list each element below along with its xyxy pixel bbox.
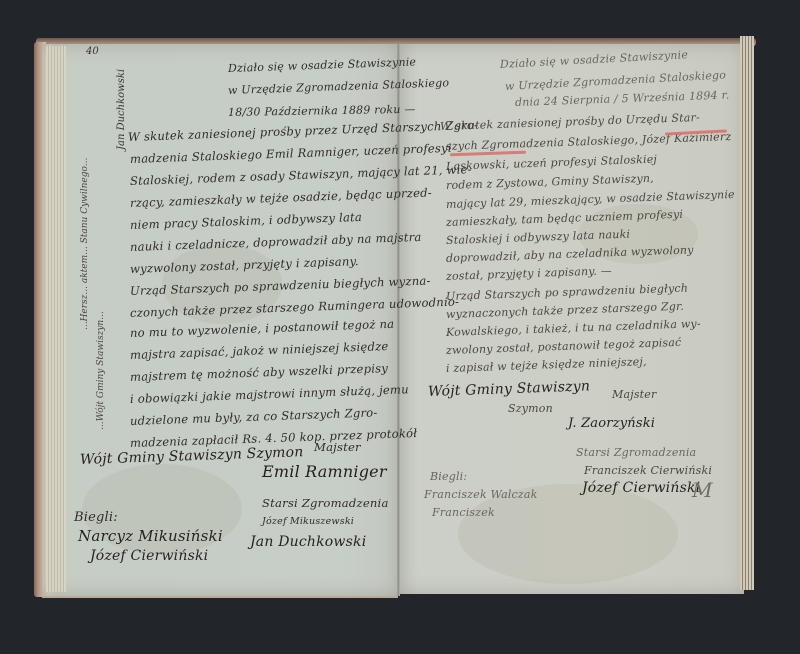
signature: Józef Cierwiński (582, 480, 700, 496)
signature-title: Starsi Zgromadzenia (262, 496, 389, 510)
margin-mark: M (692, 478, 722, 504)
signature: Narcyz Mikusiński (78, 527, 223, 545)
page-number: 40 (86, 46, 99, 57)
signature: Emil Ramniger (262, 462, 387, 481)
signature: Szymon (508, 402, 553, 415)
signature-title: Majster (314, 440, 361, 454)
signature: Franciszek Walczak (424, 488, 538, 501)
margin-note: ...Wójt Gminy Stawiszyn... (96, 311, 106, 430)
signature: Józef Mikuszewski (262, 516, 354, 527)
margin-note: ...Hersz... aktem... Stanu Cywilnego... (80, 158, 90, 330)
signature: Józef Cierwiński (90, 548, 208, 564)
right-page-stack (740, 36, 754, 590)
signature-title: Starsi Zgromadzenia (576, 446, 696, 459)
signature: J. Zaorzyński (568, 416, 655, 431)
signature: Franciszek (432, 506, 495, 519)
signature-title: Biegli: (74, 510, 118, 525)
open-register-book: 40 Jan Duchkowski ...Hersz... aktem... S… (0, 0, 800, 654)
signature: Jan Duchkowski (250, 534, 366, 550)
signature-title: Biegli: (430, 470, 467, 483)
left-page-stack (46, 46, 66, 592)
margin-note: Jan Duchkowski (116, 69, 127, 150)
signature: Franciszek Cierwiński (584, 464, 712, 477)
signature-title: Majster (612, 388, 656, 401)
